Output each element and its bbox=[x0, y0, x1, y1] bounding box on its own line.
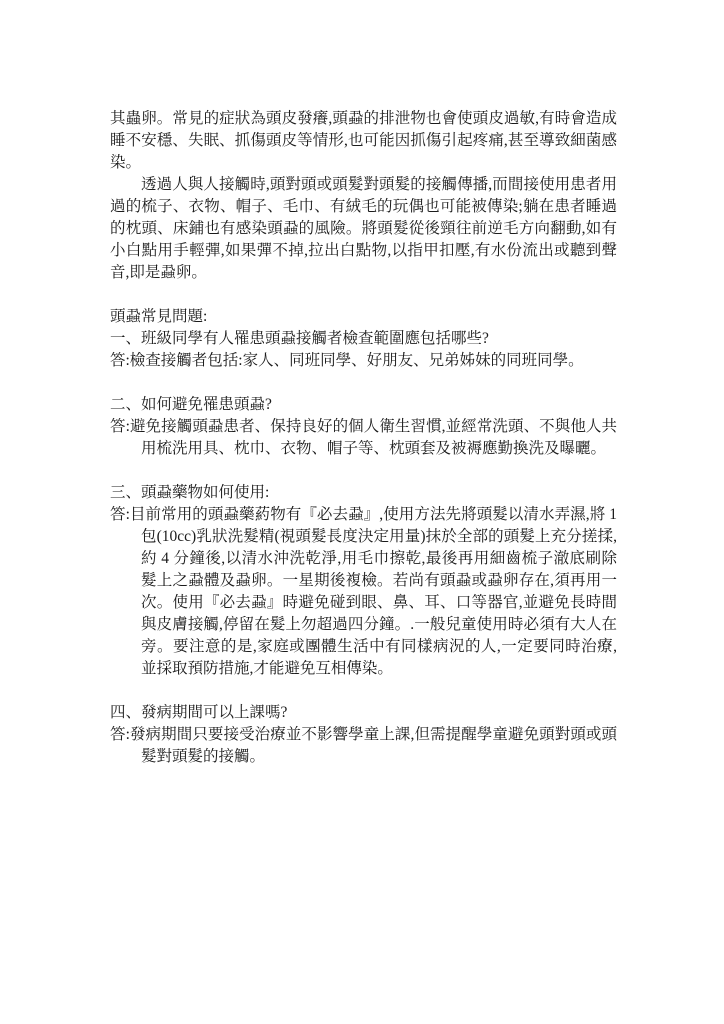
document-body: 其蟲卵。常見的症狀為頭皮發癢,頭蝨的排泄物也會使頭皮過敏,有時會造成睡不安穩、失… bbox=[110, 108, 617, 768]
document-page: 其蟲卵。常見的症狀為頭皮發癢,頭蝨的排泄物也會使頭皮過敏,有時會造成睡不安穩、失… bbox=[0, 0, 724, 1024]
faq-question-4: 四、發病期間可以上課嗎? bbox=[110, 702, 617, 724]
faq-section: 頭蝨常見問題: 一、班級同學有人罹患頭蝨接觸者檢查範圍應包括哪些? 答:檢查接觸… bbox=[110, 306, 617, 768]
faq-answer-2: 答:避免接觸頭蝨患者、保持良好的個人衛生習慣,並經常洗頭、不與他人共用梳洗用具、… bbox=[110, 416, 617, 460]
faq-answer-4: 答:發病期間只要接受治療並不影響學童上課,但需提醒學童避免頭對頭或頭髮對頭髮的接… bbox=[110, 724, 617, 768]
faq-item-3: 三、頭蝨藥物如何使用: 答:目前常用的頭蝨藥葯物有『必去蝨』,使用方法先將頭髮以… bbox=[110, 482, 617, 680]
intro-paragraph-2: 透過人與人接觸時,頭對頭或頭髮對頭髮的接觸傳播,而間接使用患者用過的梳子、衣物、… bbox=[110, 174, 617, 284]
faq-answer-1: 答:檢查接觸者包括:家人、同班同學、好朋友、兄弟姊妹的同班同學。 bbox=[110, 350, 617, 372]
faq-item-4: 四、發病期間可以上課嗎? 答:發病期間只要接受治療並不影響學童上課,但需提醒學童… bbox=[110, 702, 617, 768]
faq-item-2: 二、如何避免罹患頭蝨? 答:避免接觸頭蝨患者、保持良好的個人衛生習慣,並經常洗頭… bbox=[110, 394, 617, 460]
faq-question-2: 二、如何避免罹患頭蝨? bbox=[110, 394, 617, 416]
intro-paragraph-1: 其蟲卵。常見的症狀為頭皮發癢,頭蝨的排泄物也會使頭皮過敏,有時會造成睡不安穩、失… bbox=[110, 108, 617, 174]
faq-title: 頭蝨常見問題: bbox=[110, 306, 617, 328]
faq-question-1: 一、班級同學有人罹患頭蝨接觸者檢查範圍應包括哪些? bbox=[110, 328, 617, 350]
faq-answer-3: 答:目前常用的頭蝨藥葯物有『必去蝨』,使用方法先將頭髮以清水弄濕,將 1 包(1… bbox=[110, 504, 617, 680]
faq-item-1: 一、班級同學有人罹患頭蝨接觸者檢查範圍應包括哪些? 答:檢查接觸者包括:家人、同… bbox=[110, 328, 617, 372]
faq-question-3: 三、頭蝨藥物如何使用: bbox=[110, 482, 617, 504]
